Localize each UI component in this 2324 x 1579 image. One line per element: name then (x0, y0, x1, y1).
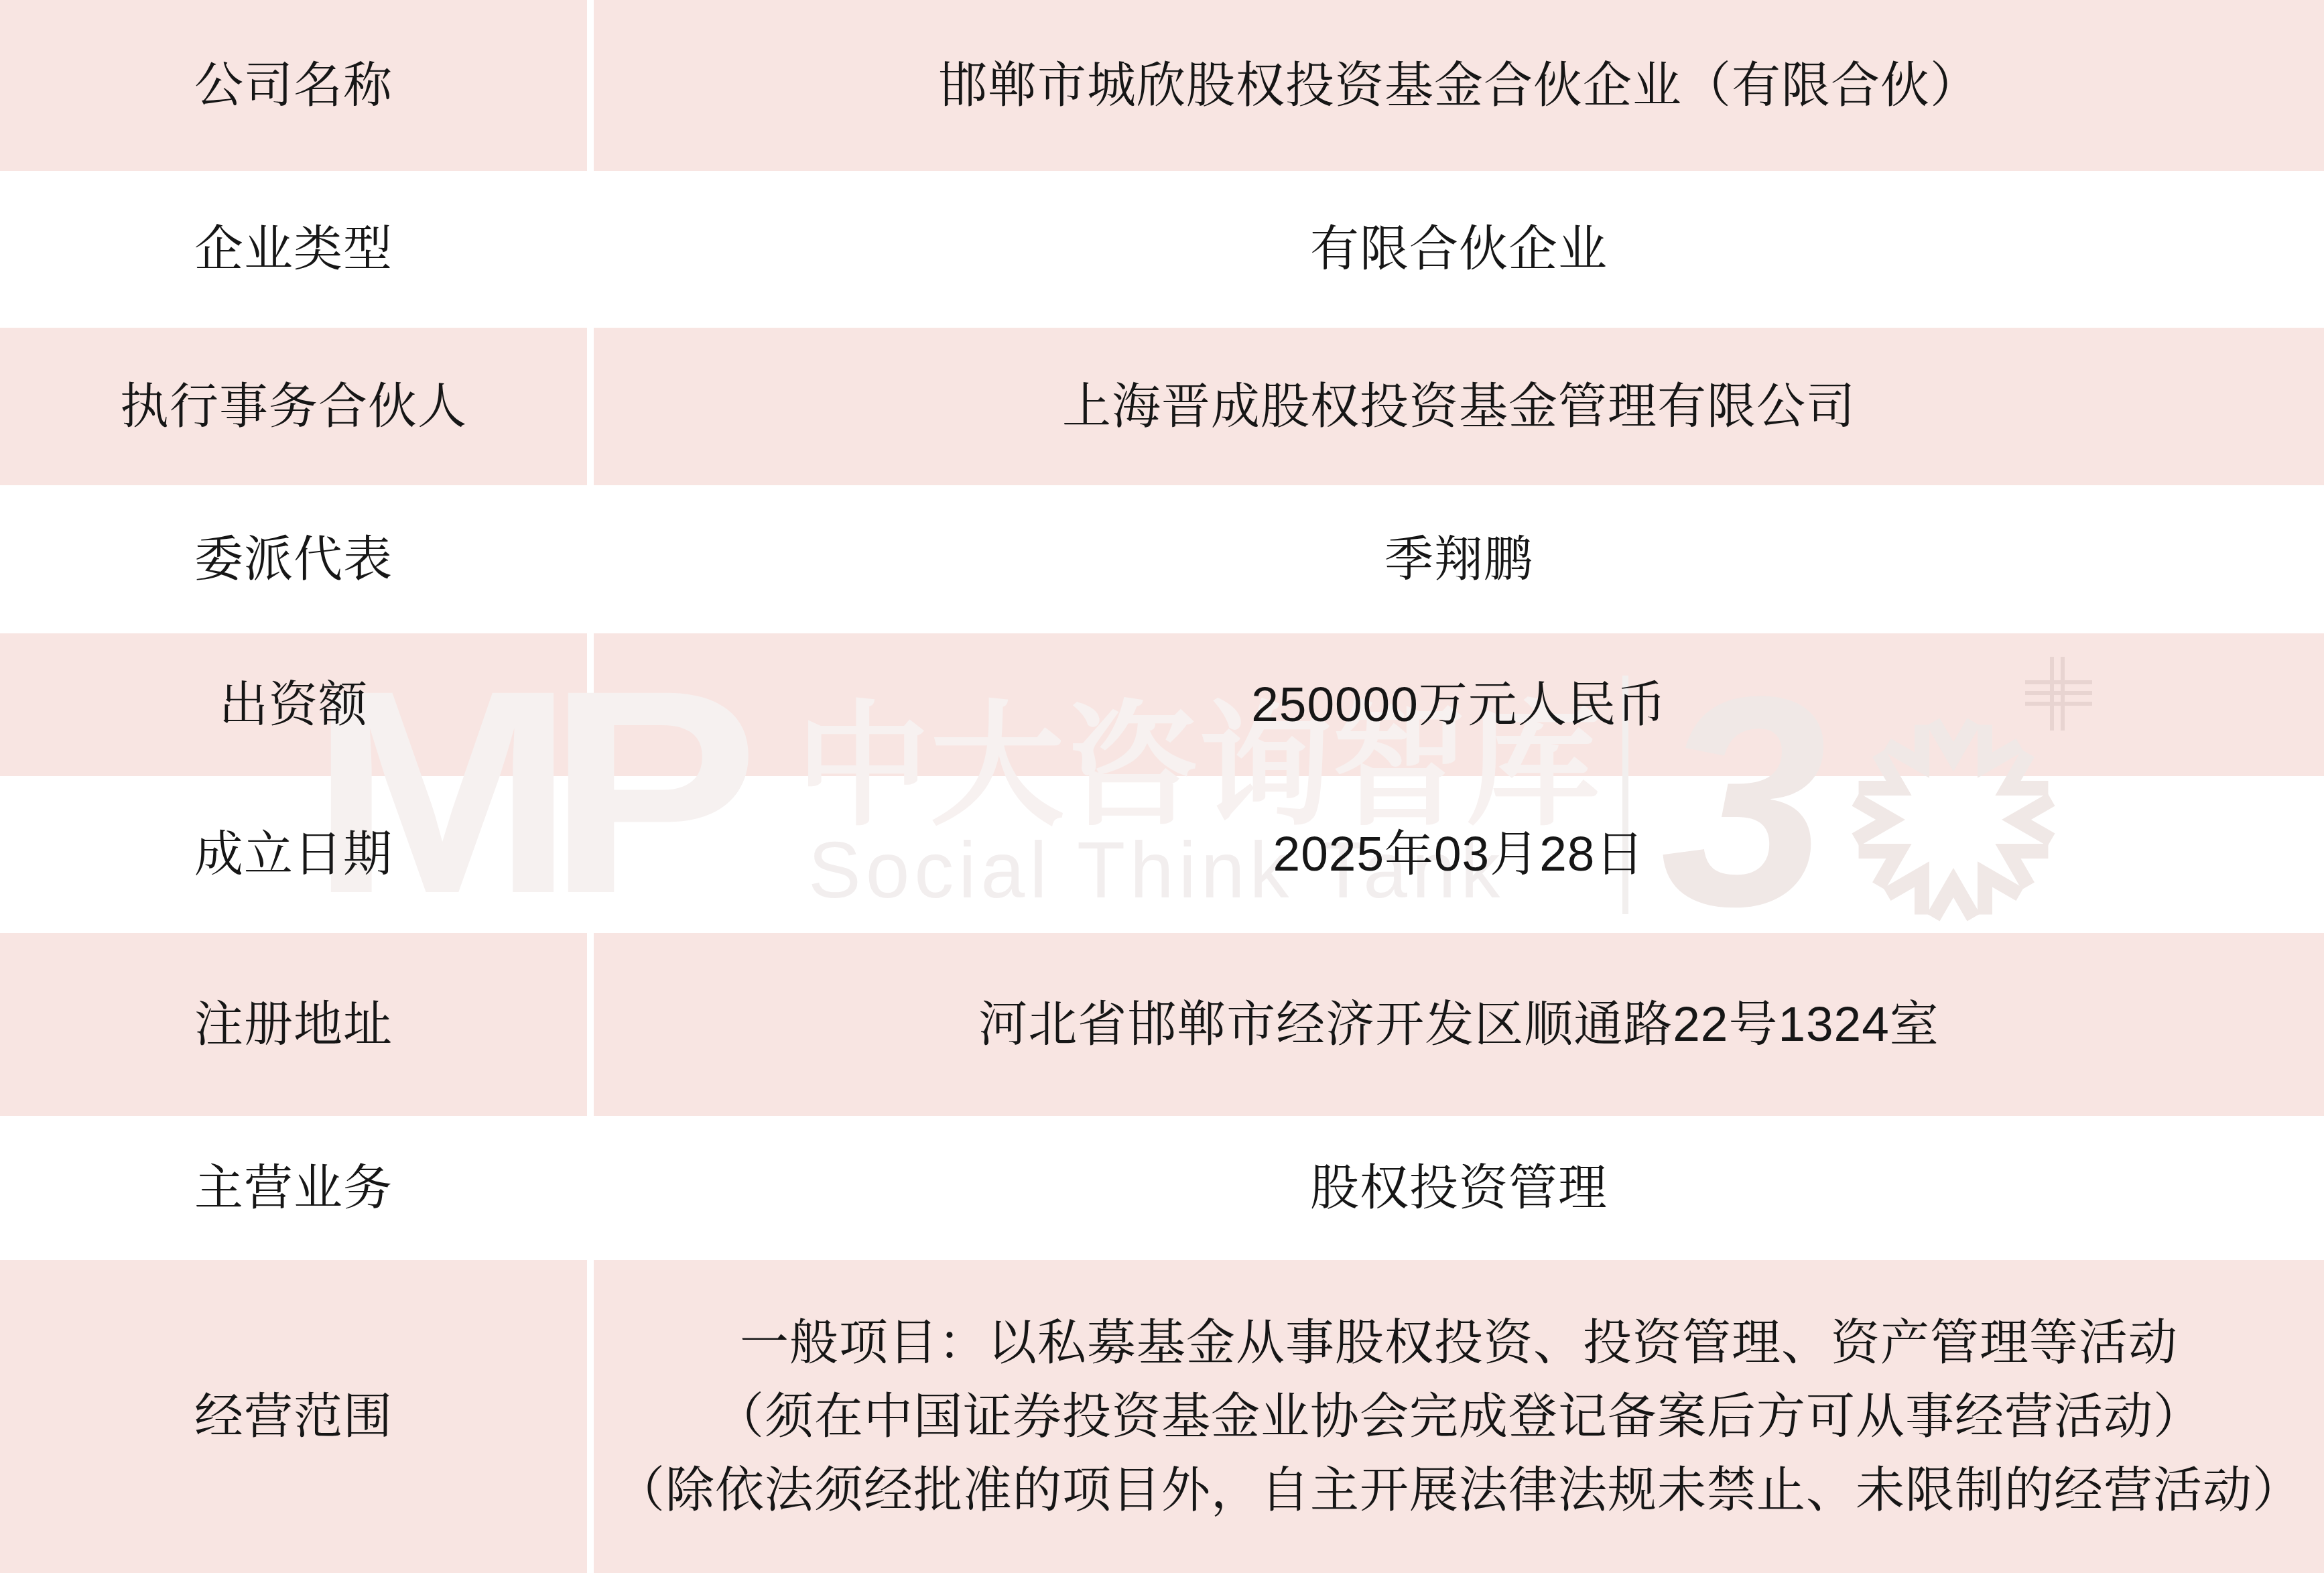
row-registered-address: 注册地址 河北省邯郸市经济开发区顺通路22号1324室 (0, 933, 2324, 1116)
column-divider (587, 1260, 594, 1573)
row-value-cell: 2025年03月28日 (594, 776, 2324, 933)
row-label-cell: 注册地址 (0, 933, 587, 1116)
company-info-table-page: MP 中大咨询智库 Social Think Tank 3 (0, 0, 2324, 1579)
row-value-cell: 250000万元人民币 (594, 633, 2324, 776)
row-value: 2025年03月28日 (1273, 819, 1645, 890)
column-divider (587, 776, 594, 933)
row-label: 注册地址 (194, 989, 393, 1060)
row-value: 上海晋成股权投资基金管理有限公司 (1062, 371, 1856, 442)
row-label: 企业类型 (194, 214, 393, 285)
row-label: 主营业务 (194, 1153, 393, 1224)
row-value-cell: 季翔鹏 (594, 485, 2324, 633)
column-divider (587, 0, 594, 171)
row-label-cell: 经营范围 (0, 1260, 587, 1573)
row-label: 经营范围 (194, 1381, 393, 1452)
row-value-cell: 股权投资管理 (594, 1116, 2324, 1260)
column-divider (587, 171, 594, 328)
row-value-cell: 上海晋成股权投资基金管理有限公司 (594, 328, 2324, 485)
row-value: 一般项目：以私募基金从事股权投资、投资管理、资产管理等活动 （须在中国证券投资基… (616, 1306, 2302, 1527)
row-business-scope: 经营范围 一般项目：以私募基金从事股权投资、投资管理、资产管理等活动 （须在中国… (0, 1260, 2324, 1573)
row-label-cell: 成立日期 (0, 776, 587, 933)
row-value: 股权投资管理 (1310, 1153, 1608, 1224)
column-divider (587, 485, 594, 633)
column-divider (587, 328, 594, 485)
row-label-cell: 公司名称 (0, 0, 587, 171)
column-divider (587, 1116, 594, 1260)
column-divider (587, 933, 594, 1116)
row-label-cell: 企业类型 (0, 171, 587, 328)
row-label: 执行事务合伙人 (120, 371, 467, 442)
row-delegate-representative: 委派代表 季翔鹏 (0, 485, 2324, 633)
row-value-cell: 邯郸市城欣股权投资基金合伙企业（有限合伙） (594, 0, 2324, 171)
row-value: 邯郸市城欣股权投资基金合伙企业（有限合伙） (938, 50, 1980, 121)
column-divider (587, 633, 594, 776)
row-company-type: 企业类型 有限合伙企业 (0, 171, 2324, 328)
row-value: 有限合伙企业 (1310, 214, 1608, 285)
row-main-business: 主营业务 股权投资管理 (0, 1116, 2324, 1260)
row-label-cell: 委派代表 (0, 485, 587, 633)
row-value: 250000万元人民币 (1251, 670, 1667, 741)
row-capital-contribution: 出资额 250000万元人民币 (0, 633, 2324, 776)
row-founding-date: 成立日期 2025年03月28日 (0, 776, 2324, 933)
row-value: 季翔鹏 (1384, 524, 1533, 595)
row-label: 成立日期 (194, 819, 393, 890)
row-value-cell: 河北省邯郸市经济开发区顺通路22号1324室 (594, 933, 2324, 1116)
row-label: 公司名称 (194, 50, 393, 121)
row-value: 河北省邯郸市经济开发区顺通路22号1324室 (978, 989, 1939, 1060)
row-managing-partner: 执行事务合伙人 上海晋成股权投资基金管理有限公司 (0, 328, 2324, 485)
row-label-cell: 出资额 (0, 633, 587, 776)
row-label-cell: 主营业务 (0, 1116, 587, 1260)
row-company-name: 公司名称 邯郸市城欣股权投资基金合伙企业（有限合伙） (0, 0, 2324, 171)
row-value-cell: 一般项目：以私募基金从事股权投资、投资管理、资产管理等活动 （须在中国证券投资基… (594, 1260, 2324, 1573)
row-label-cell: 执行事务合伙人 (0, 328, 587, 485)
row-label: 出资额 (219, 670, 368, 741)
row-label: 委派代表 (194, 524, 393, 595)
row-value-cell: 有限合伙企业 (594, 171, 2324, 328)
